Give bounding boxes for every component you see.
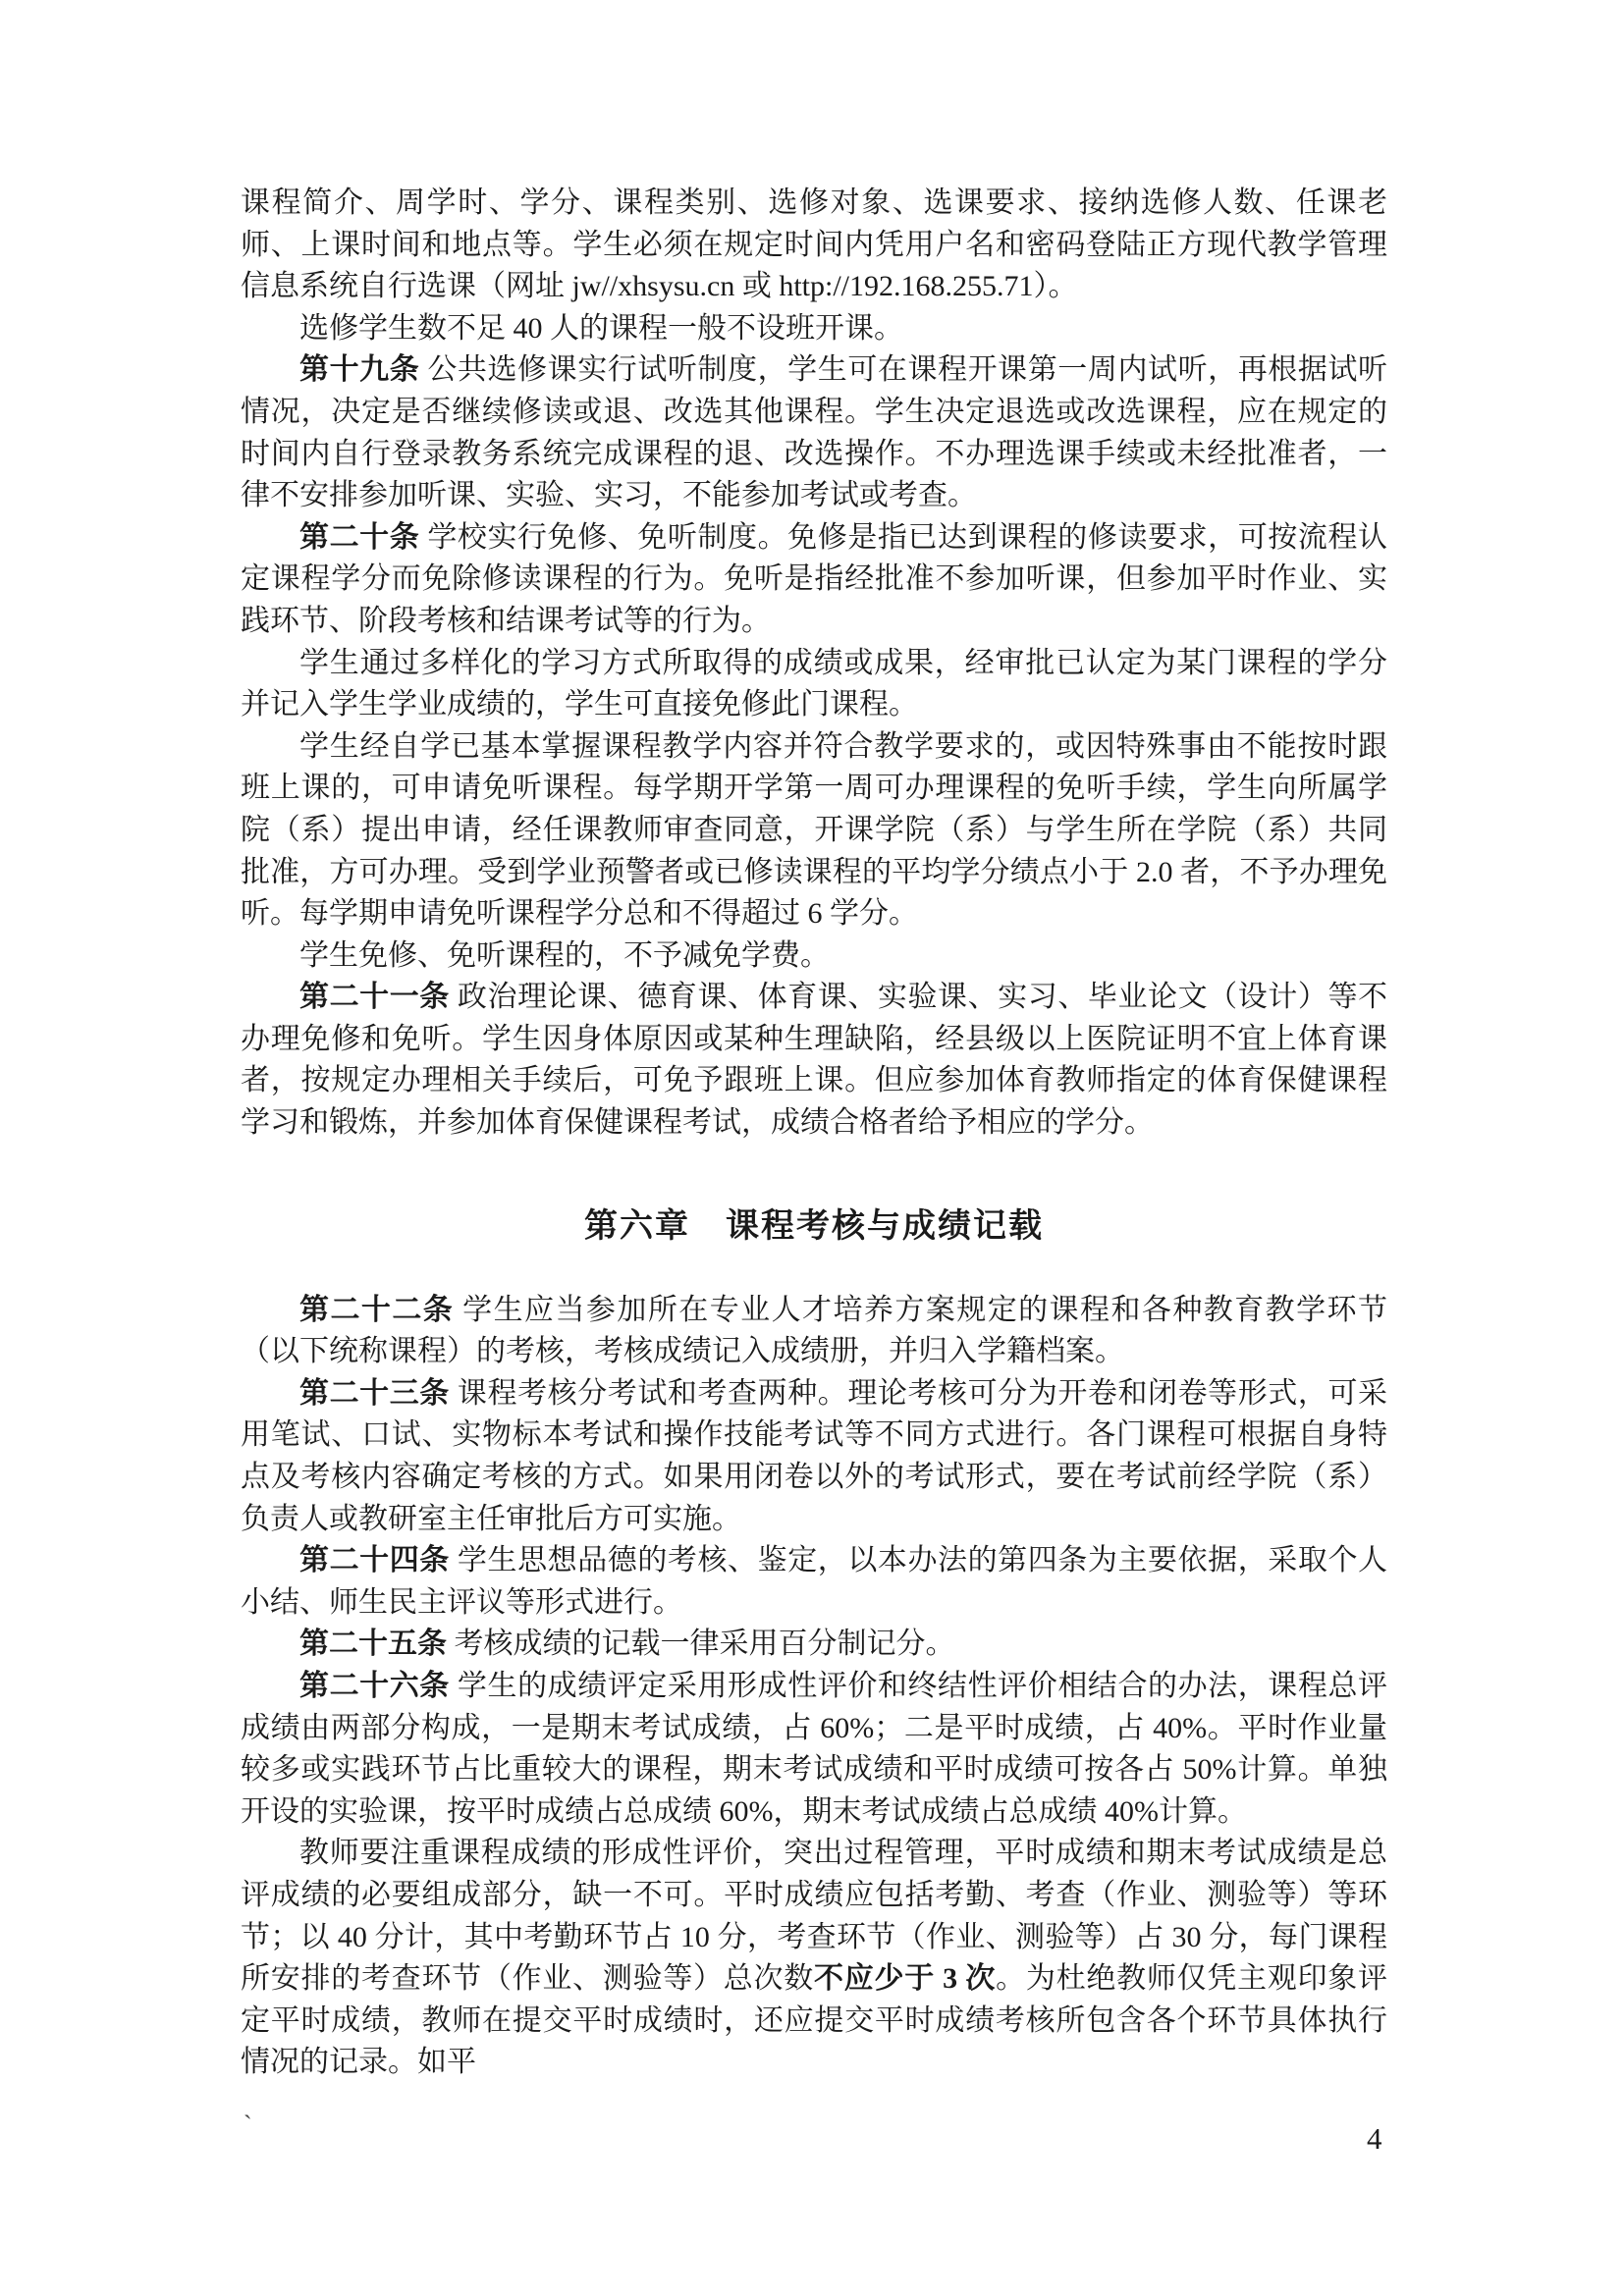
bold-text: 不应少于 3 次 [814, 1962, 996, 1995]
body-text: 学生经自学已基本掌握课程教学内容并符合教学要求的，或因特殊事由不能按时跟班上课的… [241, 730, 1387, 930]
bold-text: 第二十四条 [299, 1544, 450, 1576]
paragraph: 教师要注重课程成绩的形成性评价，突出过程管理，平时成绩和期末考试成绩是总评成绩的… [241, 1833, 1387, 2084]
document-body: 课程简介、周学时、学分、课程类别、选修对象、选课要求、接纳选修人数、任课老师、上… [241, 183, 1387, 2084]
paragraph: 第二十条 学校实行免修、免听制度。免修是指已达到课程的修读要求，可按流程认定课程… [241, 517, 1387, 643]
paragraph: 第十九条 公共选修课实行试听制度，学生可在课程开课第一周内试听，再根据试听情况，… [241, 349, 1387, 516]
bold-text: 第二十一条 [299, 981, 450, 1013]
bold-text: 第六章 课程考核与成绩记载 [584, 1208, 1044, 1245]
bold-text: 第二十五条 [299, 1628, 447, 1660]
chapter-heading: 第六章 课程考核与成绩记载 [241, 1203, 1387, 1251]
page-number: 4 [1367, 2118, 1382, 2160]
body-text: 学生通过多样化的学习方式所取得的成绩或成果，经审批已认定为某门课程的学分并记入学… [241, 647, 1387, 721]
stray-mark: ` [244, 2110, 252, 2140]
body-text: 课程简介、周学时、学分、课程类别、选修对象、选课要求、接纳选修人数、任课老师、上… [241, 187, 1387, 302]
paragraph: 第二十三条 课程考核分考试和考查两种。理论考核可分为开卷和闭卷等形式，可采用笔试… [241, 1373, 1387, 1540]
body-text: 学生免修、免听课程的，不予减免学费。 [299, 939, 830, 972]
paragraph: 学生经自学已基本掌握课程教学内容并符合教学要求的，或因特殊事由不能按时跟班上课的… [241, 726, 1387, 935]
paragraph: 选修学生数不足 40 人的课程一般不设班开课。 [241, 308, 1387, 350]
paragraph: 课程简介、周学时、学分、课程类别、选修对象、选课要求、接纳选修人数、任课老师、上… [241, 183, 1387, 308]
paragraph: 学生通过多样化的学习方式所取得的成绩或成果，经审批已认定为某门课程的学分并记入学… [241, 643, 1387, 726]
paragraph: 第二十二条 学生应当参加所在专业人才培养方案规定的课程和各种教育教学环节（以下统… [241, 1290, 1387, 1373]
document-page: 课程简介、周学时、学分、课程类别、选修对象、选课要求、接纳选修人数、任课老师、上… [0, 0, 1624, 2296]
paragraph: 第二十六条 学生的成绩评定采用形成性评价和终结性评价相结合的办法，课程总评成绩由… [241, 1666, 1387, 1833]
bold-text: 第二十三条 [299, 1377, 450, 1410]
body-text: 考核成绩的记载一律采用百分制记分。 [447, 1628, 955, 1660]
paragraph: 第二十五条 考核成绩的记载一律采用百分制记分。 [241, 1624, 1387, 1666]
bold-text: 第二十二条 [299, 1294, 454, 1326]
paragraph: 第二十一条 政治理论课、德育课、体育课、实验课、实习、毕业论文（设计）等不办理免… [241, 977, 1387, 1144]
body-text: 选修学生数不足 40 人的课程一般不设班开课。 [299, 312, 903, 345]
bold-text: 第二十六条 [299, 1670, 450, 1702]
paragraph: 第二十四条 学生思想品德的考核、鉴定，以本办法的第四条为主要依据，采取个人小结、… [241, 1540, 1387, 1624]
bold-text: 第十九条 [299, 353, 419, 386]
bold-text: 第二十条 [299, 521, 419, 554]
paragraph: 学生免修、免听课程的，不予减免学费。 [241, 935, 1387, 978]
